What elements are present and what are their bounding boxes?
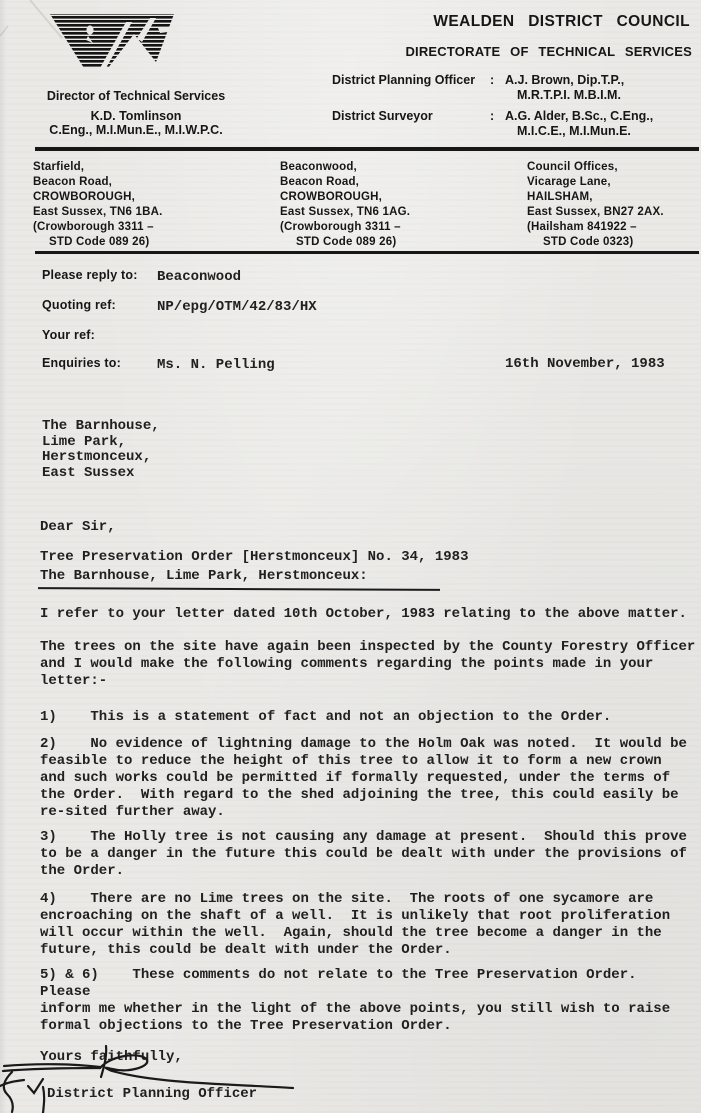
subject-underline (38, 587, 440, 591)
officer-value-line1: A.G. Alder, B.Sc., C.Eng., (505, 109, 653, 124)
ref-label: Quoting ref: (42, 298, 157, 315)
director-name: K.D. Tomlinson (8, 109, 264, 123)
director-qualifications: C.Eng., M.I.Mun.E., M.I.W.P.C. (8, 123, 264, 137)
council-logo (50, 12, 176, 70)
office-line: Beaconwood, (280, 160, 527, 175)
ref-row-quoting-ref: Quoting ref: NP/epg/OTM/42/83/HX (42, 298, 317, 315)
signature-ink (0, 1040, 320, 1113)
director-title: Director of Technical Services (8, 89, 264, 103)
ref-value: Ms. N. Pelling (157, 356, 275, 373)
council-name: WEALDEN DISTRICT COUNCIL (433, 13, 690, 31)
officer-label: District Planning Officer (332, 73, 490, 102)
office-line: Beacon Road, (280, 175, 527, 190)
subject-line-1: Tree Preservation Order [Herstmonceux] N… (40, 549, 698, 566)
office-line: (Hailsham 841922 – (527, 220, 697, 235)
directorate-title: DIRECTORATE OF TECHNICAL SERVICES (405, 44, 692, 59)
office-line: East Sussex, TN6 1BA. (33, 205, 280, 220)
horizontal-rule-bottom (35, 251, 699, 254)
office-line: East Sussex, BN27 2AX. (527, 205, 697, 220)
office-line: CROWBOROUGH, (33, 190, 280, 205)
office-line: STD Code 089 26) (280, 235, 527, 250)
office-line: HAILSHAM, (527, 190, 697, 205)
officer-value: A.J. Brown, Dip.T.P., M.R.T.P.I. M.B.I.M… (505, 73, 624, 102)
officer-row-surveyor: District Surveyor : A.G. Alder, B.Sc., C… (332, 109, 697, 138)
ref-label: Your ref: (42, 328, 157, 342)
office-line: CROWBOROUGH, (280, 190, 527, 205)
office-line: STD Code 0323) (527, 235, 697, 250)
office-line: (Crowborough 3311 – (280, 220, 527, 235)
officer-value-line2: M.R.T.P.I. M.B.I.M. (505, 88, 624, 103)
ref-row-enquiries: Enquiries to: Ms. N. Pelling (42, 356, 275, 373)
subject-line-2-wrap: The Barnhouse, Lime Park, Herstmonceux: (40, 568, 698, 590)
office-starfield: Starfield, Beacon Road, CROWBOROUGH, Eas… (33, 160, 280, 250)
officer-label: District Surveyor (332, 109, 490, 138)
office-line: Vicarage Lane, (527, 175, 697, 190)
office-beaconwood: Beaconwood, Beacon Road, CROWBOROUGH, Ea… (280, 160, 527, 250)
ref-row-your-ref: Your ref: (42, 328, 157, 342)
office-hailsham: Council Offices, Vicarage Lane, HAILSHAM… (527, 160, 697, 250)
paragraph-point-4: 4) There are no Lime trees on the site. … (40, 891, 698, 959)
officer-value: A.G. Alder, B.Sc., C.Eng., M.I.C.E., M.I… (505, 109, 653, 138)
recipient-address: The Barnhouse, Lime Park, Herstmonceux, … (42, 419, 160, 481)
paragraph-point-1: 1) This is a statement of fact and not a… (40, 709, 698, 726)
ref-label: Enquiries to: (42, 356, 157, 373)
office-addresses: Starfield, Beacon Road, CROWBOROUGH, Eas… (33, 160, 697, 250)
office-line: Council Offices, (527, 160, 697, 175)
paragraph-point-2: 2) No evidence of lightning damage to th… (40, 736, 698, 821)
officer-row-planning: District Planning Officer : A.J. Brown, … (332, 73, 697, 102)
officer-value-line1: A.J. Brown, Dip.T.P., (505, 73, 624, 88)
paragraph-intro: I refer to your letter dated 10th Octobe… (40, 606, 698, 623)
signer-role: District Planning Officer (47, 1086, 257, 1102)
letter-date: 16th November, 1983 (505, 356, 665, 372)
letter-body: Dear Sir, Tree Preservation Order [Herst… (40, 519, 698, 1066)
paragraph-trees: The trees on the site have again been in… (40, 639, 698, 690)
office-line: STD Code 089 26) (33, 235, 280, 250)
director-block: Director of Technical Services K.D. Toml… (8, 89, 264, 137)
scanned-letter-page: WEALDEN DISTRICT COUNCIL DIRECTORATE OF … (0, 0, 701, 1113)
office-line: Starfield, (33, 160, 280, 175)
ref-label: Please reply to: (42, 268, 157, 285)
officer-colon: : (490, 73, 505, 102)
salutation: Dear Sir, (40, 519, 698, 536)
ref-value: NP/epg/OTM/42/83/HX (157, 298, 317, 315)
officer-value-line2: M.I.C.E., M.I.Mun.E. (505, 124, 653, 139)
office-line: (Crowborough 3311 – (33, 220, 280, 235)
paragraph-points-5-6: 5) & 6) These comments do not relate to … (40, 967, 698, 1035)
paragraph-point-3: 3) The Holly tree is not causing any dam… (40, 829, 698, 880)
ref-value: Beaconwood (157, 268, 241, 285)
subject-line-2: The Barnhouse, Lime Park, Herstmonceux: (40, 568, 698, 585)
office-line: East Sussex, TN6 1AG. (280, 205, 527, 220)
officer-colon: : (490, 109, 505, 138)
ref-row-reply-to: Please reply to: Beaconwood (42, 268, 241, 285)
office-line: Beacon Road, (33, 175, 280, 190)
horizontal-rule-top (35, 147, 699, 151)
